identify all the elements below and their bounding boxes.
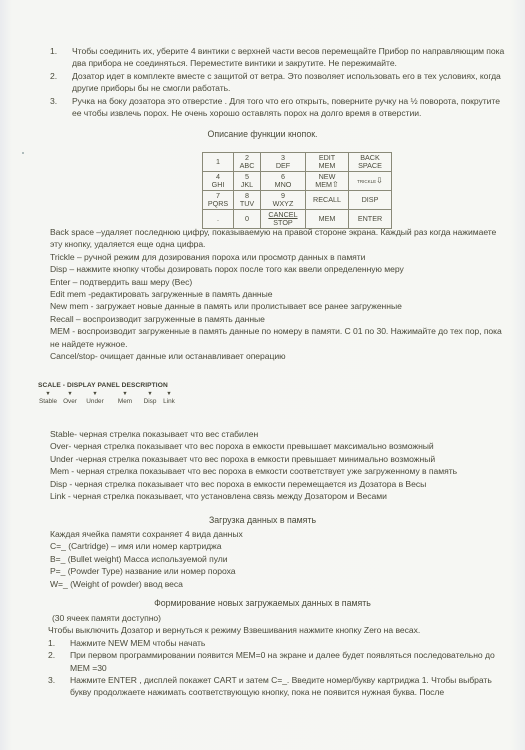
zero-instruction: Чтобы выключить Дозатор и вернуться к ре… xyxy=(48,624,510,636)
scale-indicator: ▼Mem xyxy=(110,391,140,405)
key-description: MEM - воспроизводит загруженные в память… xyxy=(50,325,510,350)
keypad-key: TRICKLE ⇩ xyxy=(349,172,392,191)
new-data-heading: Формирование новых загружаемых данных в … xyxy=(0,598,525,608)
memory-load-line: C=_ (Cartridge) – имя или номер картридж… xyxy=(50,540,510,552)
key-label-bottom: JKL xyxy=(236,181,258,189)
scale-indicator: ▼Stable xyxy=(36,391,60,405)
key-label-top: MEM xyxy=(308,215,346,223)
keypad-key: 7PQRS xyxy=(203,191,234,210)
key-description: Cancel/stop- очищает данные или останавл… xyxy=(50,350,510,362)
indicator-label: Over xyxy=(63,398,77,405)
key-label-bottom: MEM xyxy=(308,162,346,170)
key-label-bottom: WXYZ xyxy=(263,200,303,208)
key-label-bottom: DEF xyxy=(263,162,303,170)
new-data-step: 2.При первом программировании появится M… xyxy=(48,649,510,674)
key-label-top: DISP xyxy=(351,196,389,204)
memory-load-line: B=_ (Bullet weight) Масса используемой п… xyxy=(50,553,510,565)
key-label-bottom: MEM ⇧ xyxy=(308,181,346,189)
new-data-section: (30 ячеек памяти доступно) Чтобы выключи… xyxy=(48,612,510,699)
key-description: New mem - загружает новые данные в памят… xyxy=(50,300,510,312)
scanned-page: 1.Чтобы соединить их, уберите 4 винтики … xyxy=(0,0,525,750)
arrow-up-icon: ⇧ xyxy=(332,181,339,189)
indicator-label: Stable xyxy=(39,398,57,405)
step-number: 2. xyxy=(48,649,55,661)
key-label-bottom: GHI xyxy=(205,181,231,189)
scan-speck xyxy=(22,152,24,154)
key-label-bottom: SPACE xyxy=(351,162,389,170)
step-text: При первом программировании появится MEM… xyxy=(70,650,495,672)
keypad-key: BACKSPACE xyxy=(349,153,392,172)
scale-description: Under -черная стрелка показывает что вес… xyxy=(50,453,510,465)
scale-description: Link - черная стрелка показывает, что ус… xyxy=(50,490,510,502)
new-data-steps: 1.Нажмите NEW MEM чтобы начать2.При перв… xyxy=(48,637,510,699)
keypad-row: 7PQRS8TUV9WXYZRECALLDISP xyxy=(203,191,392,210)
memory-cells-note: (30 ячеек памяти доступно) xyxy=(48,612,510,624)
memory-load-heading: Загрузка данных в память xyxy=(0,515,525,525)
key-label-bottom: PQRS xyxy=(205,200,231,208)
intro-step: 2.Дозатор идет в комплекте вместе с защи… xyxy=(50,70,505,95)
scale-panel-title: SCALE - DISPLAY PANEL DESCRIPTION xyxy=(38,382,168,389)
new-data-step: 3.Нажмите ENTER , дисплей покажет CART и… xyxy=(48,674,510,699)
key-label-top: . xyxy=(205,215,231,223)
step-text: Ручка на боку дозатора это отверстие . Д… xyxy=(72,96,500,118)
key-descriptions: Back space –удаляет последнюю цифру, пок… xyxy=(50,226,510,362)
key-description: Disp – нажмите кнопку чтобы дозировать п… xyxy=(50,263,510,275)
indicator-label: Link xyxy=(163,398,175,405)
indicator-label: Mem xyxy=(118,398,132,405)
keypad-key: 5JKL xyxy=(234,172,261,191)
indicator-arrow-icon: ▼ xyxy=(67,391,72,398)
step-number: 1. xyxy=(48,637,55,649)
memory-load-line: W=_ (Weight of powder) ввод веса xyxy=(50,578,510,590)
step-number: 3. xyxy=(50,95,57,107)
indicator-arrow-icon: ▼ xyxy=(166,391,171,398)
scale-indicator: ▼Disp xyxy=(140,391,160,405)
new-data-step: 1.Нажмите NEW MEM чтобы начать xyxy=(48,637,510,649)
memory-load-line: Каждая ячейка памяти сохраняет 4 вида да… xyxy=(50,528,510,540)
keypad-row: 12ABC3DEFEDITMEMBACKSPACE xyxy=(203,153,392,172)
key-label-bottom: MNO xyxy=(263,181,303,189)
scale-indicator: ▼Over xyxy=(60,391,80,405)
keypad-key: DISP xyxy=(349,191,392,210)
scale-description: Over- черная стрелка показывает что вес … xyxy=(50,440,510,452)
step-text: Дозатор идет в комплекте вместе с защито… xyxy=(72,71,501,93)
indicator-label: Under xyxy=(86,398,103,405)
step-text: Нажмите ENTER , дисплей покажет CART и з… xyxy=(70,675,492,697)
key-description: Recall – воспроизводит загруженные в пам… xyxy=(50,313,510,325)
key-description: Enter – подтвердить ваш меру (Вес) xyxy=(50,276,510,288)
key-label-top: RECALL xyxy=(308,196,346,204)
key-label-top: 0 xyxy=(236,215,258,223)
key-description: Edit mem -редактировать загруженные в па… xyxy=(50,288,510,300)
indicator-arrow-icon: ▼ xyxy=(147,391,152,398)
keypad-key: 6MNO xyxy=(261,172,306,191)
keypad-key: 9WXYZ xyxy=(261,191,306,210)
key-description: Trickle – ручной режим для дозирования п… xyxy=(50,251,510,263)
memory-load-line: P=_ (Powder Type) название или номер пор… xyxy=(50,565,510,577)
scale-description: Disp - черная стрелка показывает что вес… xyxy=(50,478,510,490)
key-label-bottom: TUV xyxy=(236,200,258,208)
keypad-key: 2ABC xyxy=(234,153,261,172)
scale-description: Mem - черная стрелка показывает что вес … xyxy=(50,465,510,477)
step-number: 2. xyxy=(50,70,57,82)
scale-description: Stable- черная стрелка показывает что ве… xyxy=(50,428,510,440)
intro-steps: 1.Чтобы соединить их, уберите 4 винтики … xyxy=(50,45,505,119)
keypad-diagram: 12ABC3DEFEDITMEMBACKSPACE4GHI5JKL6MNONEW… xyxy=(202,152,392,229)
keypad-key: 8TUV xyxy=(234,191,261,210)
keypad-row: 4GHI5JKL6MNONEWMEM ⇧TRICKLE ⇩ xyxy=(203,172,392,191)
key-description: Back space –удаляет последнюю цифру, пок… xyxy=(50,226,510,251)
keypad-key: EDITMEM xyxy=(306,153,349,172)
indicator-arrow-icon: ▼ xyxy=(122,391,127,398)
arrow-down-icon: ⇩ xyxy=(376,177,383,185)
keypad-key: 4GHI xyxy=(203,172,234,191)
keypad-key: RECALL xyxy=(306,191,349,210)
scale-indicator: ▼Link xyxy=(160,391,178,405)
key-label-top: TRICKLE ⇩ xyxy=(351,177,389,186)
keypad-key: 1 xyxy=(203,153,234,172)
intro-step: 3.Ручка на боку дозатора это отверстие .… xyxy=(50,95,505,120)
indicator-label: Disp xyxy=(144,398,157,405)
indicator-arrow-icon: ▼ xyxy=(92,391,97,398)
keys-heading: Описание функции кнопок. xyxy=(0,129,525,139)
scale-indicator: ▼Under xyxy=(80,391,110,405)
step-number: 3. xyxy=(48,674,55,686)
step-number: 1. xyxy=(50,45,57,57)
scale-descriptions: Stable- черная стрелка показывает что ве… xyxy=(50,428,510,502)
keypad-key: NEWMEM ⇧ xyxy=(306,172,349,191)
key-label-top: 1 xyxy=(205,158,231,166)
scale-indicators: ▼Stable▼Over▼Under▼Mem▼Disp▼Link xyxy=(36,391,178,405)
indicator-arrow-icon: ▼ xyxy=(45,391,50,398)
key-label-top: ENTER xyxy=(351,215,389,223)
keypad-key: 3DEF xyxy=(261,153,306,172)
key-label-bottom: ABC xyxy=(236,162,258,170)
step-text: Нажмите NEW MEM чтобы начать xyxy=(70,638,205,648)
intro-step: 1.Чтобы соединить их, уберите 4 винтики … xyxy=(50,45,505,70)
step-text: Чтобы соединить их, уберите 4 винтики с … xyxy=(72,46,504,68)
memory-load-lines: Каждая ячейка памяти сохраняет 4 вида да… xyxy=(50,528,510,590)
